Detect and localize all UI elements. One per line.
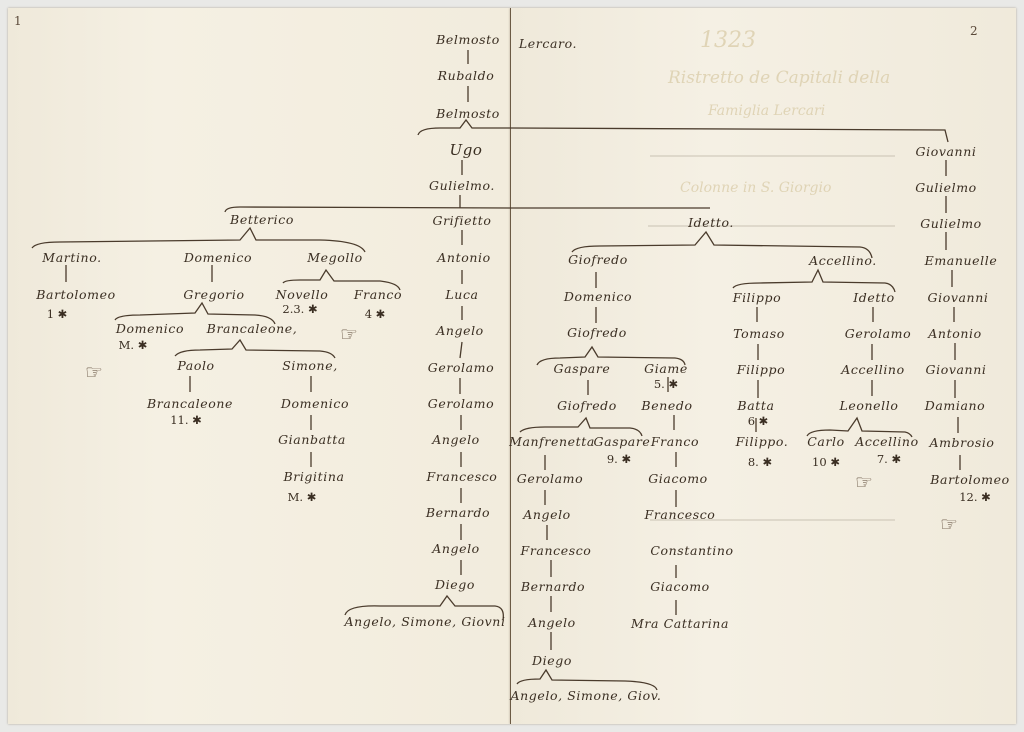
mark: 11. ✱	[170, 413, 202, 427]
manicule-icon: ☞	[85, 360, 103, 384]
line-name: Angelo	[528, 615, 576, 630]
carlo: Carlo	[807, 434, 845, 449]
bartolomeo: Bartolomeo	[36, 287, 115, 302]
giofredo-2: Giofredo	[567, 325, 627, 340]
line-name: Accellino	[841, 362, 904, 377]
surname-heading: Lercaro.	[519, 36, 577, 51]
line-name: Ambrosio	[929, 435, 994, 450]
line-name: Benedo	[641, 398, 692, 413]
line-name: Bernardo	[521, 579, 585, 594]
gaspare-2: Gaspare	[594, 434, 651, 449]
trunk-name: Angelo	[432, 432, 480, 447]
martino: Martino.	[42, 250, 101, 265]
franco: Franco	[354, 287, 402, 302]
manicule-icon: ☞	[855, 470, 873, 494]
mark: 9. ✱	[607, 452, 631, 466]
mark: 1 ✱	[47, 307, 68, 321]
mark: M. ✱	[288, 490, 317, 504]
filippo: Filippo	[733, 290, 781, 305]
line-name: Giacomo	[650, 579, 710, 594]
page-number-left: 1	[14, 14, 22, 28]
line-name: Filippo.	[736, 434, 789, 449]
line-name: Gulielmo	[920, 216, 982, 231]
line-name: Antonio	[928, 326, 981, 341]
domenico-2: Domenico	[116, 321, 184, 336]
line-name: Filippo	[737, 362, 785, 377]
mark: 8. ✱	[748, 455, 772, 469]
line-name: Leonello	[840, 398, 899, 413]
mark: 4 ✱	[365, 307, 386, 321]
line-name: Constantino	[650, 543, 733, 558]
trunk-children: Angelo, Simone, Giovni	[344, 614, 505, 629]
simone: Simone,	[282, 358, 338, 373]
trunk-name: Gulielmo.	[429, 178, 495, 193]
mark: 6 ✱	[748, 414, 769, 428]
ghost-year: 1323	[700, 28, 756, 53]
giame: Giame	[644, 361, 688, 376]
mark: 12. ✱	[959, 490, 991, 504]
brancaleone: Brancaleone,	[207, 321, 298, 336]
line-name: Tomaso	[733, 326, 785, 341]
idetto: Idetto.	[688, 215, 734, 230]
trunk-name: Angelo	[432, 541, 480, 556]
trunk-name: Ugo	[449, 141, 482, 159]
ghost-line-1: Ristretto de Capitali della	[668, 68, 890, 88]
trunk-name: Bernardo	[426, 505, 490, 520]
domenico: Domenico	[184, 250, 252, 265]
accellino: Accellino.	[809, 253, 877, 268]
brancaleone-2: Brancaleone	[147, 396, 233, 411]
line-name: Emanuelle	[925, 253, 998, 268]
line-name: Angelo	[523, 507, 571, 522]
brigitina: Brigitina	[283, 469, 344, 484]
line-name: Giovanni	[926, 362, 987, 377]
trunk-name: Grifietto	[433, 213, 492, 228]
betterico: Betterico	[230, 212, 294, 227]
trunk-name: Francesco	[427, 469, 498, 484]
accellino-3: Accellino	[855, 434, 918, 449]
line-name: Francesco	[645, 507, 716, 522]
line-name: Diego	[532, 653, 572, 668]
ghost-line-3: Colonne in S. Giorgio	[680, 180, 831, 196]
mark: 2.3. ✱	[282, 302, 317, 316]
trunk-name: Angelo	[436, 323, 484, 338]
line-name: Francesco	[521, 543, 592, 558]
domenico-3: Domenico	[281, 396, 349, 411]
mark: 7. ✱	[877, 452, 901, 466]
giofredo-3: Giofredo	[557, 398, 617, 413]
line-name: Giacomo	[648, 471, 708, 486]
gaspare: Gaspare	[554, 361, 611, 376]
line-name: Damiano	[925, 398, 986, 413]
trunk-name: Rubaldo	[438, 68, 495, 83]
megollo: Megollo	[307, 250, 362, 265]
line-name: Franco	[651, 434, 699, 449]
line-name: Mra Cattarina	[631, 616, 729, 631]
trunk-name: Belmosto	[436, 106, 500, 121]
giofredo: Giofredo	[568, 252, 628, 267]
gianbatta: Gianbatta	[278, 432, 346, 447]
novello: Novello	[276, 287, 329, 302]
page-number-right: 2	[970, 24, 978, 38]
paolo: Paolo	[177, 358, 214, 373]
mark: M. ✱	[119, 338, 148, 352]
manfrenetta: Manfrenetta	[509, 434, 595, 449]
trunk-name: Antonio	[437, 250, 490, 265]
idetto-2: Idetto	[853, 290, 895, 305]
ghost-line-2: Famiglia Lercari	[708, 103, 825, 119]
line-name: Gerolamo	[845, 326, 912, 341]
line-name: Gerolamo	[517, 471, 584, 486]
mark: 10 ✱	[812, 455, 840, 469]
line-name: Batta	[737, 398, 774, 413]
line-name: Gulielmo	[915, 180, 977, 195]
trunk-name: Gerolamo	[428, 360, 495, 375]
domenico-r: Domenico	[564, 289, 632, 304]
line-name: Giovanni	[928, 290, 989, 305]
manicule-icon: ☞	[340, 322, 358, 346]
trunk-name: Diego	[435, 577, 475, 592]
manfrenetta-children: Angelo, Simone, Giov.	[511, 688, 662, 703]
page-fold	[510, 8, 511, 724]
line-name: Bartolomeo	[930, 472, 1009, 487]
trunk-name: Luca	[445, 287, 478, 302]
mark: 5. ✱	[654, 377, 678, 391]
trunk-name: Belmosto	[436, 32, 500, 47]
manicule-icon: ☞	[940, 512, 958, 536]
giovanni: Giovanni	[916, 144, 977, 159]
gregorio: Gregorio	[183, 287, 244, 302]
trunk-name: Gerolamo	[428, 396, 495, 411]
